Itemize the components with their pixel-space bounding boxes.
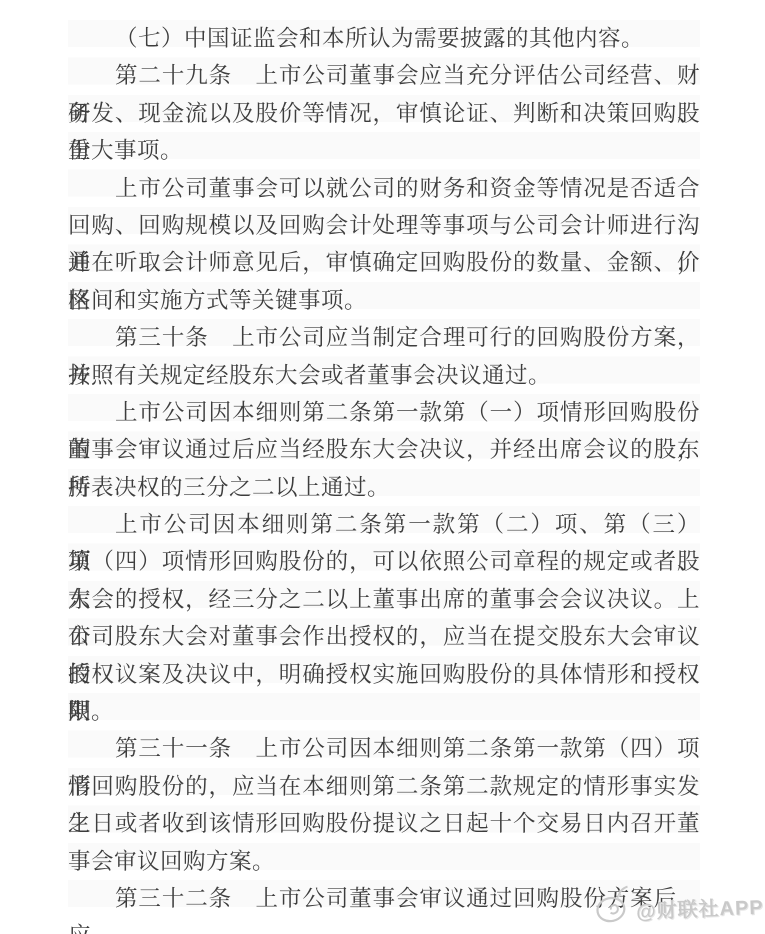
text-line: 上市公司因本细则第二条第一款第（二）项、第（三）项、 bbox=[68, 506, 700, 543]
text-line: 大会的授权，经三分之二以上董事出席的董事会会议决议。上市 bbox=[68, 581, 700, 618]
text-line: 公司股东大会对董事会作出授权的，应当在提交股东大会审议的 bbox=[68, 618, 700, 655]
text-line: 回购、回购规模以及回购会计处理等事项与公司会计师进行沟通， bbox=[68, 207, 700, 244]
document-page: （七）中国证监会和本所认为需要披露的其他内容。 第二十九条 上市公司董事会应当充… bbox=[0, 0, 765, 934]
text-line: 重大事项。 bbox=[68, 132, 700, 169]
text-line: （七）中国证监会和本所认为需要披露的其他内容。 bbox=[68, 20, 700, 57]
document-body: （七）中国证监会和本所认为需要披露的其他内容。 第二十九条 上市公司董事会应当充… bbox=[68, 20, 700, 917]
text-line: 董事会审议通过后应当经股东大会决议，并经出席会议的股东所 bbox=[68, 431, 700, 468]
text-line: 上市公司因本细则第二条第一款第（一）项情形回购股份的， bbox=[68, 394, 700, 431]
text-line: 第二十九条 上市公司董事会应当充分评估公司经营、财务、 bbox=[68, 57, 700, 94]
text-line: 授权议案及决议中，明确授权实施回购股份的具体情形和授权期 bbox=[68, 656, 700, 693]
text-line: 第三十一条 上市公司因本细则第二条第一款第（四）项情 bbox=[68, 730, 700, 767]
text-line: 第三十二条 上市公司董事会审议通过回购股份方案后，应 bbox=[68, 880, 700, 917]
text-line: 形回购股份的，应当在本细则第二条第二款规定的情形事实发生 bbox=[68, 768, 700, 805]
text-line: 第（四）项情形回购股份的，可以依照公司章程的规定或者股东 bbox=[68, 543, 700, 580]
text-line: 上市公司董事会可以就公司的财务和资金等情况是否适合 bbox=[68, 170, 700, 207]
text-line: 并在听取会计师意见后，审慎确定回购股份的数量、金额、价格 bbox=[68, 244, 700, 281]
text-line: 第三十条 上市公司应当制定合理可行的回购股份方案，并 bbox=[68, 319, 700, 356]
text-line: 研发、现金流以及股价等情况，审慎论证、判断和决策回购股份 bbox=[68, 95, 700, 132]
text-line: 限。 bbox=[68, 693, 700, 730]
text-line: 之日或者收到该情形回购股份提议之日起十个交易日内召开董 bbox=[68, 805, 700, 842]
text-line: 持表决权的三分之二以上通过。 bbox=[68, 469, 700, 506]
text-line: 区间和实施方式等关键事项。 bbox=[68, 282, 700, 319]
text-line: 事会审议回购方案。 bbox=[68, 843, 700, 880]
text-line: 按照有关规定经股东大会或者董事会决议通过。 bbox=[68, 357, 700, 394]
